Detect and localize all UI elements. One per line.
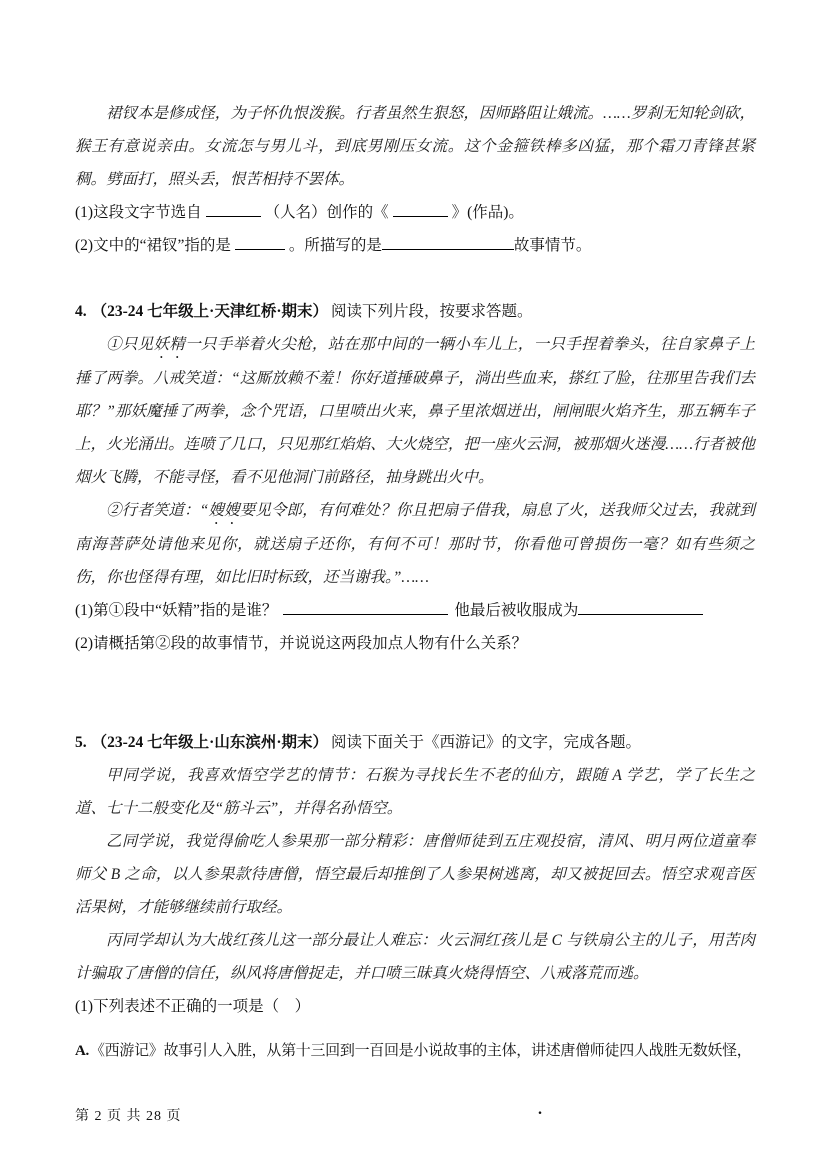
q5-option-a: A.《西游记》故事引人入胜，从第十三回到一百回是小说故事的主体，讲述唐僧师徒四人… [75, 1035, 755, 1068]
item-text: 》(作品)。 [452, 204, 524, 221]
emphasized-text: 妖精 [154, 336, 186, 353]
item-text: (1)这段文字节选自 [75, 204, 202, 221]
item-text: (2)请概括第②段的故事情节，并说说这两段加点人物有什么关系？ [75, 635, 527, 652]
question-4-block: 4.（23-24 七年级上·天津红桥·期末）阅读下列片段，按要求答题。 ①只见妖… [75, 295, 755, 660]
answer-blank [382, 234, 514, 250]
q4-instruction: 阅读下列片段，按要求答题。 [331, 303, 533, 320]
option-a-text: 《西游记》故事引人入胜，从第十三回到一百回是小说故事的主体，讲述唐僧师徒四人战胜… [90, 1043, 752, 1059]
passage-text: 丙同学却认为大战红孩儿这一部分最让人难忘：火云洞红孩儿是 C 与铁扇公主的儿子，… [75, 932, 755, 982]
question-5-block: 5.（23-24 七年级上·山东滨州·期末）阅读下面关于《西游记》的文字，完成各… [75, 726, 755, 1068]
item-text: 故事情节。 [514, 237, 592, 254]
passage-text: ①只见 [106, 336, 154, 353]
answer-blank [393, 201, 448, 217]
answer-blank [206, 201, 261, 217]
stray-punctuation-mark: . [538, 1101, 542, 1119]
q5-paragraph-yi: 乙同学说，我觉得偷吃人参果那一部分精彩：唐僧师徒到五庄观投宿，清风、明月两位道童… [75, 825, 755, 924]
passage-text: 甲同学说，我喜欢悟空学艺的情节：石猴为寻找长生不老的仙方，跟随 A 学艺，学了长… [75, 767, 755, 817]
q5-number: 5. [75, 734, 87, 751]
q5-item-1: (1)下列表述不正确的一项是（ ） [75, 990, 755, 1023]
option-a-label: A. [75, 1043, 89, 1059]
question-3-block: 裙钗本是修成怪，为子怀仇恨泼猴。行者虽然生狠怒，因师路阻让娥流。……罗刹无知轮剑… [75, 97, 755, 262]
passage-text: 裙钗本是修成怪，为子怀仇恨泼猴。行者虽然生狠怒，因师路阻让娥流。……罗刹无知轮剑… [75, 105, 755, 188]
item-text: (1)第①段中“妖精”指的是谁？ [75, 602, 277, 619]
q4-number: 4. [75, 303, 87, 320]
q5-instruction: 阅读下面关于《西游记》的文字，完成各题。 [331, 734, 641, 751]
emphasized-text: 嫂嫂 [208, 502, 239, 519]
q5-paragraph-jia: 甲同学说，我喜欢悟空学艺的情节：石猴为寻找长生不老的仙方，跟随 A 学艺，学了长… [75, 759, 755, 825]
exam-page: 裙钗本是修成怪，为子怀仇恨泼猴。行者虽然生狠怒，因师路阻让娥流。……罗刹无知轮剑… [0, 0, 827, 1169]
q3-passage: 裙钗本是修成怪，为子怀仇恨泼猴。行者虽然生狠怒，因师路阻让娥流。……罗刹无知轮剑… [75, 97, 755, 196]
item-text: (1)下列表述不正确的一项是（ ） [75, 998, 310, 1015]
answer-blank [235, 234, 285, 250]
q4-passage-1: ①只见妖精一只手举着火尖枪，站在那中间的一辆小车儿上，一只手捏着拳头，往自家鼻子… [75, 328, 755, 494]
q3-item-2: (2)文中的“裙钗”指的是。所描写的是故事情节。 [75, 229, 755, 262]
q4-header: 4.（23-24 七年级上·天津红桥·期末）阅读下列片段，按要求答题。 [75, 295, 755, 328]
q4-passage-2: ②行者笑道：“嫂嫂要见令郎，有何难处？你且把扇子借我，扇息了火，送我师父过去，我… [75, 494, 755, 594]
q4-item-2: (2)请概括第②段的故事情节，并说说这两段加点人物有什么关系？ [75, 627, 755, 660]
item-text: (2)文中的“裙钗”指的是 [75, 237, 231, 254]
q5-header: 5.（23-24 七年级上·山东滨州·期末）阅读下面关于《西游记》的文字，完成各… [75, 726, 755, 759]
q3-item-1: (1)这段文字节选自（人名）创作的《》(作品)。 [75, 196, 755, 229]
item-text: （人名）创作的《 [265, 204, 389, 221]
answer-blank [578, 599, 703, 615]
answer-blank [283, 599, 448, 615]
q5-paragraph-bing: 丙同学却认为大战红孩儿这一部分最让人难忘：火云洞红孩儿是 C 与铁扇公主的儿子，… [75, 924, 755, 990]
item-text: 他最后被收服成为 [454, 602, 578, 619]
page-number-footer: 第 2 页 共 28 页 [75, 1105, 182, 1125]
q5-source: （23-24 七年级上·山东滨州·期末） [92, 734, 328, 751]
passage-text: 乙同学说，我觉得偷吃人参果那一部分精彩：唐僧师徒到五庄观投宿，清风、明月两位道童… [75, 833, 755, 916]
passage-text: ②行者笑道：“ [106, 502, 208, 519]
passage-text: 一只手举着火尖枪，站在那中间的一辆小车儿上，一只手捏着拳头，往自家鼻子上捶了两拳… [75, 336, 755, 486]
item-text: 。所描写的是 [289, 237, 382, 254]
q4-item-1: (1)第①段中“妖精”指的是谁？他最后被收服成为 [75, 594, 755, 627]
q4-source: （23-24 七年级上·天津红桥·期末） [92, 303, 328, 320]
